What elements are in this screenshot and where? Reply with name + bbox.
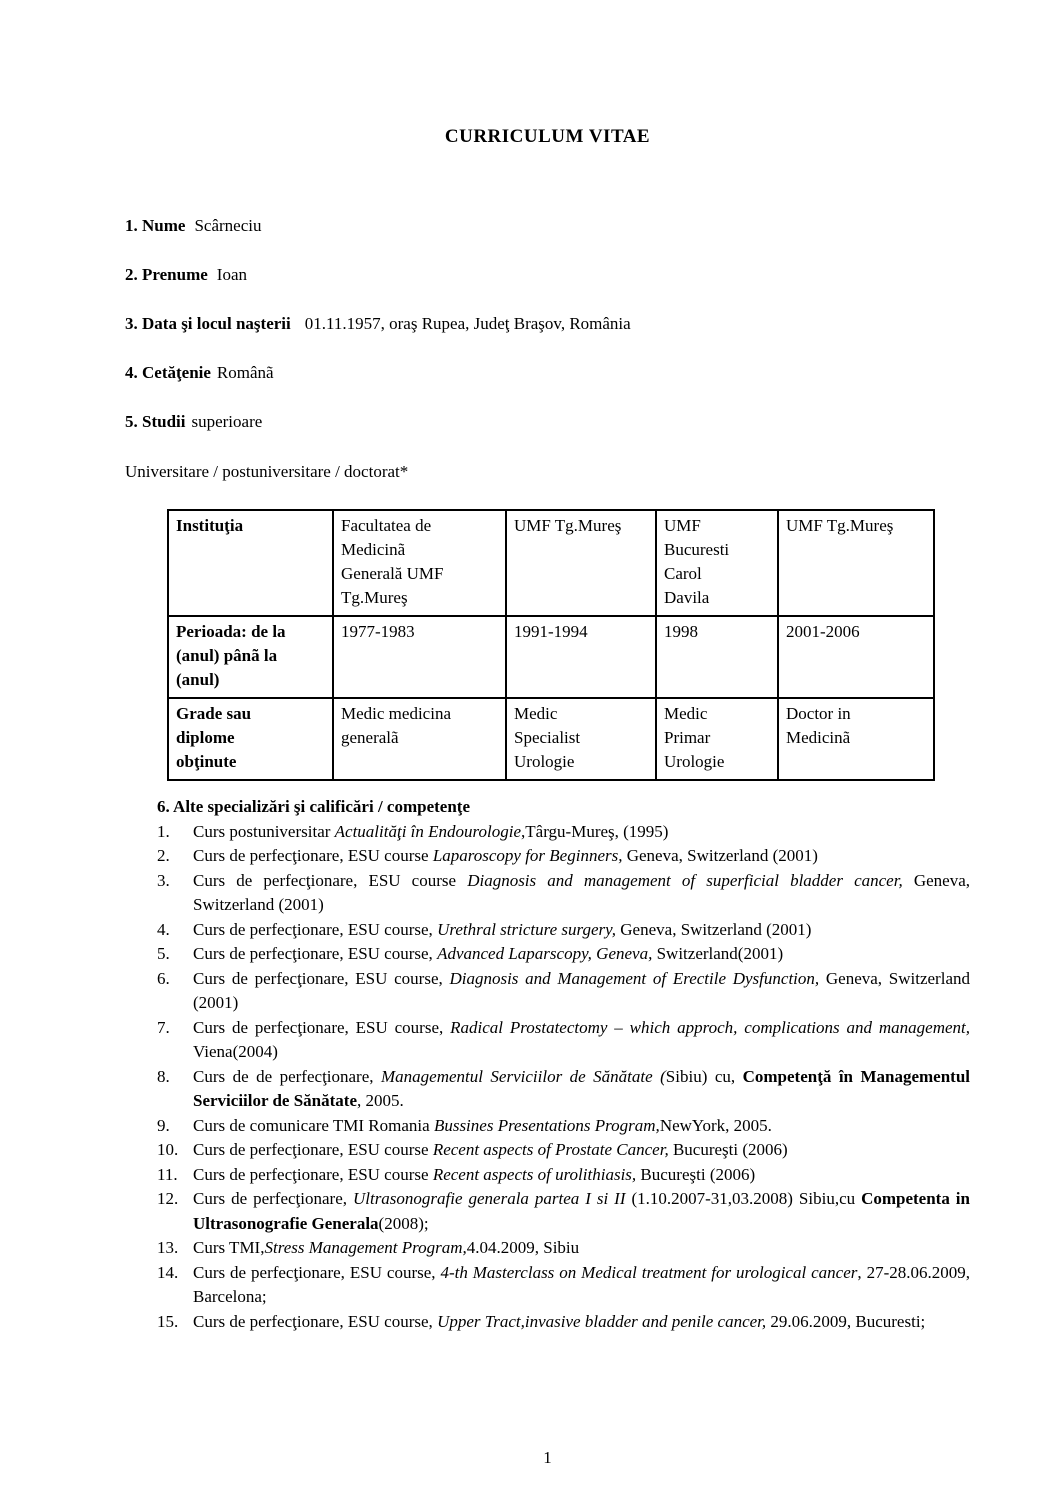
qualification-item-text: Curs de perfecţionare, ESU course, Ureth… bbox=[193, 918, 970, 943]
qualification-item-number: 4. bbox=[157, 918, 193, 943]
qualification-item-text: Curs postuniversitar Actualităţi în Endo… bbox=[193, 820, 970, 845]
cell-institutia-4: UMF Tg.Mureş bbox=[778, 510, 934, 616]
cell-grade-3: Medic Primar Urologie bbox=[656, 698, 778, 780]
qualification-item-text: Curs de perfecţionare, Ultrasonografie g… bbox=[193, 1187, 970, 1236]
row-header-grade: Grade sau diplome obţinute bbox=[168, 698, 333, 780]
qualification-item: 8.Curs de de perfecţionare, Managementul… bbox=[157, 1065, 970, 1114]
personal-fields: 1. NumeScârneciu 2. PrenumeIoan 3. Data … bbox=[125, 215, 970, 433]
qualification-item-text: Curs de perfecţionare, ESU course, Upper… bbox=[193, 1310, 970, 1335]
field-cetatenie: 4. CetăţenieRomânã bbox=[125, 362, 970, 384]
qualification-item-text: Curs de perfecţionare, ESU course, Radic… bbox=[193, 1016, 970, 1065]
qualification-item: 14.Curs de perfecţionare, ESU course, 4-… bbox=[157, 1261, 970, 1310]
field-cetatenie-value: Românã bbox=[217, 363, 274, 382]
qualification-item: 11.Curs de perfecţionare, ESU course Rec… bbox=[157, 1163, 970, 1188]
qualification-item-number: 15. bbox=[157, 1310, 193, 1335]
qualification-item: 9.Curs de comunicare TMI Romania Bussine… bbox=[157, 1114, 970, 1139]
cell-grade-4: Doctor in Medicinã bbox=[778, 698, 934, 780]
qualification-item-text: Curs de perfecţionare, ESU course, Diagn… bbox=[193, 967, 970, 1016]
cell-perioada-1: 1977-1983 bbox=[333, 616, 506, 698]
field-studii-label: 5. Studii bbox=[125, 412, 185, 431]
table-row-institutia: Instituţia Facultatea de Medicinã Genera… bbox=[168, 510, 934, 616]
section-qualifications-heading: 6. Alte specializări şi calificări / com… bbox=[157, 795, 970, 820]
qualification-item-number: 13. bbox=[157, 1236, 193, 1261]
qualification-item-number: 3. bbox=[157, 869, 193, 918]
row-header-perioada: Perioada: de la (anul) pânã la (anul) bbox=[168, 616, 333, 698]
qualification-item-text: Curs de perfecţionare, ESU course Diagno… bbox=[193, 869, 970, 918]
cell-grade-1: Medic medicina generalã bbox=[333, 698, 506, 780]
qualification-item-text: Curs de comunicare TMI Romania Bussines … bbox=[193, 1114, 970, 1139]
cell-institutia-2: UMF Tg.Mureş bbox=[506, 510, 656, 616]
field-cetatenie-label: 4. Cetăţenie bbox=[125, 363, 211, 382]
qualification-item-number: 14. bbox=[157, 1261, 193, 1310]
qualification-item-number: 8. bbox=[157, 1065, 193, 1114]
qualification-item-text: Curs de perfecţionare, ESU course Laparo… bbox=[193, 844, 970, 869]
field-data-nasterii-label: 3. Data şi locul naşterii bbox=[125, 314, 291, 333]
education-note: Universitare / postuniversitare / doctor… bbox=[125, 461, 970, 483]
qualification-item-number: 2. bbox=[157, 844, 193, 869]
qualification-item: 4.Curs de perfecţionare, ESU course, Ure… bbox=[157, 918, 970, 943]
qualification-item-text: Curs de perfecţionare, ESU course, Advan… bbox=[193, 942, 970, 967]
qualification-item: 13.Curs TMI,Stress Management Program,4.… bbox=[157, 1236, 970, 1261]
qualification-item: 6.Curs de perfecţionare, ESU course, Dia… bbox=[157, 967, 970, 1016]
qualification-item: 3.Curs de perfecţionare, ESU course Diag… bbox=[157, 869, 970, 918]
cell-perioada-2: 1991-1994 bbox=[506, 616, 656, 698]
qualification-item: 2.Curs de perfecţionare, ESU course Lapa… bbox=[157, 844, 970, 869]
qualification-item-number: 1. bbox=[157, 820, 193, 845]
cell-institutia-3: UMF Bucuresti Carol Davila bbox=[656, 510, 778, 616]
field-data-nasterii-value: 01.11.1957, oraş Rupea, Judeţ Braşov, Ro… bbox=[305, 314, 631, 333]
qualification-item: 1.Curs postuniversitar Actualităţi în En… bbox=[157, 820, 970, 845]
row-header-institutia: Instituţia bbox=[168, 510, 333, 616]
cell-institutia-1: Facultatea de Medicinã Generală UMF Tg.M… bbox=[333, 510, 506, 616]
cell-perioada-3: 1998 bbox=[656, 616, 778, 698]
cell-perioada-4: 2001-2006 bbox=[778, 616, 934, 698]
education-table: Instituţia Facultatea de Medicinã Genera… bbox=[167, 509, 935, 781]
qualifications-list: 1.Curs postuniversitar Actualităţi în En… bbox=[157, 820, 970, 1335]
qualification-item: 10.Curs de perfecţionare, ESU course Rec… bbox=[157, 1138, 970, 1163]
qualification-item-number: 7. bbox=[157, 1016, 193, 1065]
qualification-item-number: 6. bbox=[157, 967, 193, 1016]
qualification-item-text: Curs de perfecţionare, ESU course Recent… bbox=[193, 1138, 970, 1163]
field-prenume-value: Ioan bbox=[217, 265, 247, 284]
section-qualifications: 6. Alte specializări şi calificări / com… bbox=[157, 795, 970, 1334]
field-nume: 1. NumeScârneciu bbox=[125, 215, 970, 237]
field-nume-value: Scârneciu bbox=[194, 216, 261, 235]
qualification-item: 5.Curs de perfecţionare, ESU course, Adv… bbox=[157, 942, 970, 967]
qualification-item-text: Curs de de perfecţionare, Managementul S… bbox=[193, 1065, 970, 1114]
qualification-item-text: Curs de perfecţionare, ESU course Recent… bbox=[193, 1163, 970, 1188]
qualification-item-number: 12. bbox=[157, 1187, 193, 1236]
qualification-item-text: Curs de perfecţionare, ESU course, 4-th … bbox=[193, 1261, 970, 1310]
field-prenume: 2. PrenumeIoan bbox=[125, 264, 970, 286]
field-studii: 5. Studiisuperioare bbox=[125, 411, 970, 433]
document-title: CURRICULUM VITAE bbox=[125, 126, 970, 148]
field-data-nasterii: 3. Data şi locul naşterii01.11.1957, ora… bbox=[125, 313, 970, 335]
qualification-item-number: 9. bbox=[157, 1114, 193, 1139]
field-studii-value: superioare bbox=[191, 412, 262, 431]
qualification-item-number: 5. bbox=[157, 942, 193, 967]
qualification-item: 15.Curs de perfecţionare, ESU course, Up… bbox=[157, 1310, 970, 1335]
qualification-item: 7.Curs de perfecţionare, ESU course, Rad… bbox=[157, 1016, 970, 1065]
qualification-item-text: Curs TMI,Stress Management Program,4.04.… bbox=[193, 1236, 970, 1261]
cv-document-page: CURRICULUM VITAE 1. NumeScârneciu 2. Pre… bbox=[0, 0, 1058, 1497]
qualification-item-number: 11. bbox=[157, 1163, 193, 1188]
qualification-item: 12.Curs de perfecţionare, Ultrasonografi… bbox=[157, 1187, 970, 1236]
page-number: 1 bbox=[125, 1447, 970, 1469]
field-nume-label: 1. Nume bbox=[125, 216, 185, 235]
field-prenume-label: 2. Prenume bbox=[125, 265, 208, 284]
cell-grade-2: Medic Specialist Urologie bbox=[506, 698, 656, 780]
table-row-grade: Grade sau diplome obţinute Medic medicin… bbox=[168, 698, 934, 780]
qualification-item-number: 10. bbox=[157, 1138, 193, 1163]
table-row-perioada: Perioada: de la (anul) pânã la (anul) 19… bbox=[168, 616, 934, 698]
